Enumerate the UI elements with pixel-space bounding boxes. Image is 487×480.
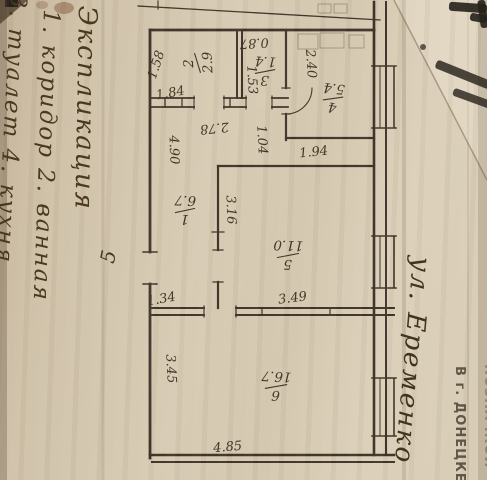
dim-stub-wall: 1.04: [253, 125, 269, 155]
dim-toilet-width: 0.87: [239, 34, 269, 51]
ink-dot: [420, 44, 426, 50]
stamp-city-text: В г. ДОНЕЦКЕ: [452, 366, 467, 480]
toilet-door-opening: [247, 97, 271, 108]
room-area: 1.4: [254, 52, 276, 69]
dim-bath-width: 1.58: [145, 49, 168, 81]
room-label-corridor: 1 6.7: [173, 192, 196, 228]
dim-bath-length: 1.84: [155, 84, 186, 104]
room-number: 3: [260, 72, 269, 88]
stamp-word-text: ПОЗНАЧКОЙ: [481, 364, 487, 468]
kitchen-fixtures: [298, 33, 364, 49]
room-number: 1: [180, 211, 189, 227]
entrance-door-jambs: [143, 252, 157, 284]
room-number: 5: [283, 256, 292, 272]
room-number: 6: [270, 387, 280, 403]
dim-room5-height: 3.16: [222, 195, 238, 224]
room-area: 11.0: [273, 236, 304, 253]
dim-room6-height: 3.45: [162, 354, 178, 384]
window-room5: [372, 236, 396, 288]
kitchen-door-jambs: [282, 88, 290, 114]
room-label-bathroom: 2 2.9: [180, 51, 216, 76]
room-area: 6.7: [174, 192, 196, 209]
dim-room6-width: 4.85: [212, 439, 243, 457]
room-area: 2.9: [199, 51, 216, 75]
room-area: 16.7: [261, 367, 292, 385]
walls: [138, 1, 396, 462]
apartment-number-mark: 5: [95, 248, 121, 265]
scanned-floor-plan-page: 1.58 1.84 2.78 0.87 1.53 1.04 2.40 1.94 …: [0, 0, 487, 480]
kitchen-door-arc: [286, 88, 312, 114]
vent-shafts: [318, 4, 347, 13]
bathroom-door-opening: [195, 97, 223, 108]
dim-room5-width: 3.49: [277, 289, 308, 307]
dim-kitchen-height: 2.40: [302, 48, 319, 79]
room-area: 5.4: [323, 79, 346, 97]
room-number: 2: [181, 59, 197, 69]
legend-line-1: Экспликация: [68, 5, 102, 211]
room-label-kitchen: 4 5.4: [321, 79, 346, 116]
paper-stain-small: [36, 1, 48, 9]
dim-kitchen-width: 1.94: [298, 144, 328, 162]
window-kitchen: [372, 66, 396, 128]
room-number: 4: [327, 99, 338, 116]
dim-partition-length: 2.78: [199, 118, 230, 136]
mid-wall: [150, 308, 394, 315]
room-label-room5: 5 11.0: [272, 236, 304, 272]
room-label-room6: 6 16.7: [260, 367, 292, 404]
dim-corridor-length: 4.90: [165, 134, 181, 164]
